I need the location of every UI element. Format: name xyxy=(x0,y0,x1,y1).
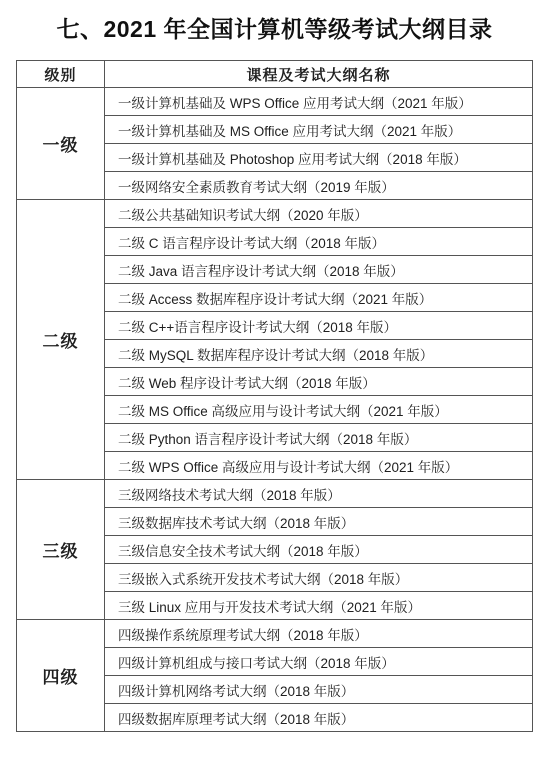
table-header-row: 级别 课程及考试大纲名称 xyxy=(17,61,533,88)
table-row: 三级 三级网络技术考试大纲（2018 年版） xyxy=(17,480,533,508)
course-cell: 一级计算机基础及 Photoshop 应用考试大纲（2018 年版） xyxy=(105,144,533,172)
course-cell: 二级 WPS Office 高级应用与设计考试大纲（2021 年版） xyxy=(105,452,533,480)
table-row: 一级 一级计算机基础及 WPS Office 应用考试大纲（2021 年版） xyxy=(17,88,533,116)
course-cell: 一级计算机基础及 WPS Office 应用考试大纲（2021 年版） xyxy=(105,88,533,116)
syllabus-catalog-table: 级别 课程及考试大纲名称 一级 一级计算机基础及 WPS Office 应用考试… xyxy=(16,60,533,732)
level-cell-level4: 四级 xyxy=(17,620,105,732)
level-cell-level1: 一级 xyxy=(17,88,105,200)
course-cell: 二级 Java 语言程序设计考试大纲（2018 年版） xyxy=(105,256,533,284)
course-cell: 二级 C 语言程序设计考试大纲（2018 年版） xyxy=(105,228,533,256)
course-cell: 四级数据库原理考试大纲（2018 年版） xyxy=(105,704,533,732)
course-cell: 一级计算机基础及 MS Office 应用考试大纲（2021 年版） xyxy=(105,116,533,144)
table-row: 四级 四级操作系统原理考试大纲（2018 年版） xyxy=(17,620,533,648)
course-cell: 三级网络技术考试大纲（2018 年版） xyxy=(105,480,533,508)
document-page: 七、2021 年全国计算机等级考试大纲目录 级别 课程及考试大纲名称 一级 一级… xyxy=(0,0,549,768)
course-cell: 二级 Python 语言程序设计考试大纲（2018 年版） xyxy=(105,424,533,452)
course-cell: 四级操作系统原理考试大纲（2018 年版） xyxy=(105,620,533,648)
course-cell: 一级网络安全素质教育考试大纲（2019 年版） xyxy=(105,172,533,200)
course-cell: 三级 Linux 应用与开发技术考试大纲（2021 年版） xyxy=(105,592,533,620)
page-title: 七、2021 年全国计算机等级考试大纲目录 xyxy=(0,0,549,46)
column-header-course: 课程及考试大纲名称 xyxy=(105,61,533,88)
course-cell: 二级 Web 程序设计考试大纲（2018 年版） xyxy=(105,368,533,396)
course-cell: 三级信息安全技术考试大纲（2018 年版） xyxy=(105,536,533,564)
course-cell: 三级嵌入式系统开发技术考试大纲（2018 年版） xyxy=(105,564,533,592)
course-cell: 三级数据库技术考试大纲（2018 年版） xyxy=(105,508,533,536)
column-header-level: 级别 xyxy=(17,61,105,88)
course-cell: 二级 Access 数据库程序设计考试大纲（2021 年版） xyxy=(105,284,533,312)
table-row: 二级 二级公共基础知识考试大纲（2020 年版） xyxy=(17,200,533,228)
course-cell: 二级 MS Office 高级应用与设计考试大纲（2021 年版） xyxy=(105,396,533,424)
course-cell: 二级公共基础知识考试大纲（2020 年版） xyxy=(105,200,533,228)
course-cell: 四级计算机网络考试大纲（2018 年版） xyxy=(105,676,533,704)
course-cell: 四级计算机组成与接口考试大纲（2018 年版） xyxy=(105,648,533,676)
level-cell-level2: 二级 xyxy=(17,200,105,480)
level-cell-level3: 三级 xyxy=(17,480,105,620)
course-cell: 二级 MySQL 数据库程序设计考试大纲（2018 年版） xyxy=(105,340,533,368)
course-cell: 二级 C++语言程序设计考试大纲（2018 年版） xyxy=(105,312,533,340)
